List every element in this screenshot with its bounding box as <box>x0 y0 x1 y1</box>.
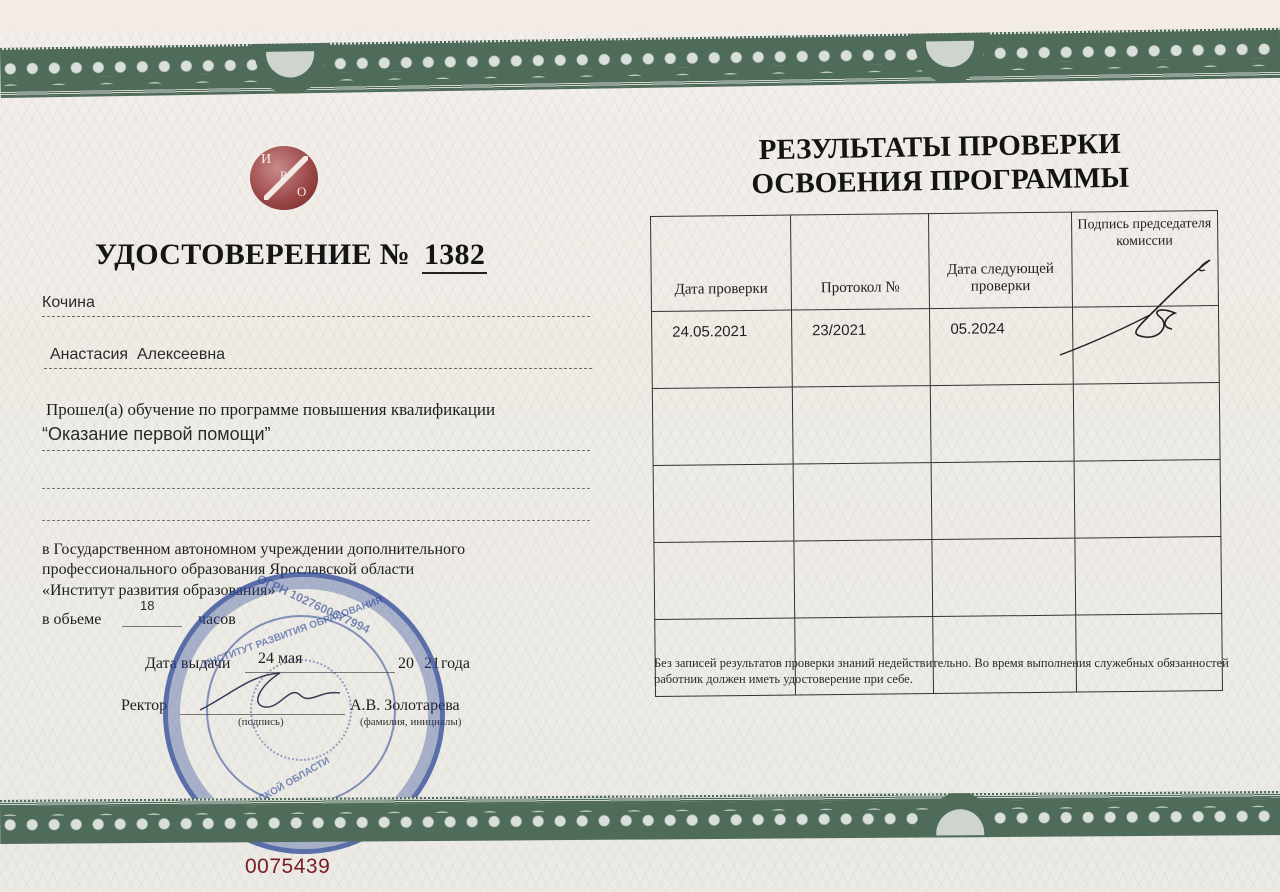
program-name-value: “Оказание первой помощи” <box>42 424 271 444</box>
issue-year-word: года <box>441 655 470 673</box>
table-cell <box>1074 537 1221 616</box>
table-cell <box>793 463 932 541</box>
table-cell <box>794 540 933 618</box>
validity-note: Без записей результатов проверки знаний … <box>654 655 1234 687</box>
table-cell: 05.2024 <box>930 307 1073 385</box>
table-cell <box>930 384 1073 462</box>
serial-number: 0075439 <box>245 855 330 879</box>
surname-value: Кочина <box>42 294 95 311</box>
institution-line: в Государственном автономном учреждении … <box>42 541 465 559</box>
background-surface <box>0 0 1280 30</box>
given-names-field: Анастасия Алексеевна <box>44 346 592 369</box>
results-title: РЕЗУЛЬТАТЫ ПРОВЕРКИ ОСВОЕНИЯ ПРОГРАММЫ <box>704 126 1175 202</box>
rector-label: Ректор <box>121 697 167 715</box>
surname-field: Кочина <box>42 294 590 317</box>
institution-line: профессионального образования Ярославско… <box>42 561 414 579</box>
table-cell: 24.05.2021 <box>652 310 793 388</box>
table-row <box>653 460 1221 543</box>
table-cell <box>931 461 1074 539</box>
volume-underline <box>122 626 182 627</box>
certificate-number: 1382 <box>422 238 487 274</box>
table-cell <box>1073 383 1220 462</box>
volume-label: в обьеме <box>42 611 101 629</box>
given-names-value: Анастасия Алексеевна <box>50 346 225 363</box>
ornamental-border-bottom <box>0 791 1280 844</box>
table-cell <box>654 541 795 619</box>
table-cell <box>653 464 794 542</box>
column-header: Дата проверки <box>651 215 792 311</box>
table-cell <box>1074 460 1221 539</box>
table-row <box>654 537 1222 620</box>
certificate-title: УДОСТОВЕРЕНИЕ № 1382 <box>95 238 487 274</box>
table-cell <box>932 538 1075 616</box>
program-intro: Прошел(а) обучение по программе повышени… <box>46 400 495 420</box>
blank-line <box>42 488 590 489</box>
table-row <box>652 383 1220 466</box>
blank-line <box>42 520 590 521</box>
program-name-field: “Оказание первой помощи” <box>42 424 590 451</box>
volume-value: 18 <box>140 598 154 613</box>
title-text: УДОСТОВЕРЕНИЕ № <box>95 238 410 271</box>
logo-letter: И <box>261 152 271 168</box>
table-cell <box>792 386 931 464</box>
column-header: Дата следующей проверки <box>929 212 1072 308</box>
logo-letter: О <box>297 184 306 200</box>
table-cell <box>652 387 793 465</box>
column-header: Протокол № <box>790 214 929 310</box>
iro-logo-icon: И Р О <box>250 146 318 210</box>
logo-letter: Р <box>280 168 287 183</box>
table-cell: 23/2021 <box>791 309 930 387</box>
chairman-signature-icon <box>1060 255 1220 365</box>
